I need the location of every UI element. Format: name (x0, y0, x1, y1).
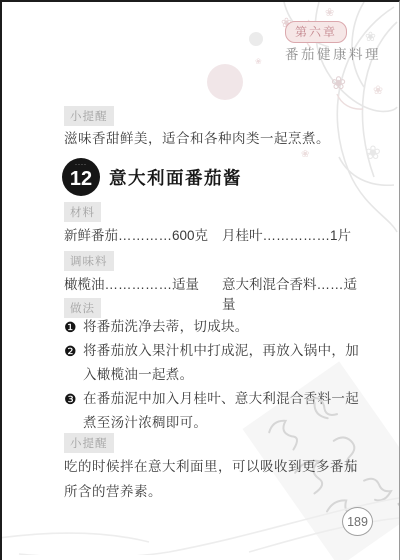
tip-text-top: 滋味香甜鲜美，适合和各种肉类一起烹煮。 (64, 128, 360, 150)
ingredient-name: 月桂叶 (222, 228, 263, 243)
book-page: ❀ ❀ ❀ ❀ ❀ ❀ ❀ ❀ 第六章 番茄健康料理 小提醒 滋味香甜鲜美，适合… (0, 0, 400, 560)
ingredients-row: 新鲜番茄…………600克 月桂叶……………1片 (64, 224, 360, 244)
method-step: ❸ 在番茄泥中加入月桂叶、意大利混合香料一起煮至汤汁浓稠即可。 (64, 387, 360, 435)
step-text: 将番茄放入果汁机中打成泥，再放入锅中，加入橄榄油一起煮。 (83, 339, 360, 387)
ingredient-amount: 600克 (172, 228, 208, 243)
chapter-badge: 第六章 (285, 21, 347, 43)
method-step: ❶ 将番茄洗净去蒂，切成块。 (64, 315, 360, 339)
chapter-title: 番茄健康料理 (285, 43, 381, 63)
seasoning-name: 意大利混合香料 (222, 277, 317, 292)
flower-icon: ❀ (365, 144, 381, 163)
soft-gray-blob (249, 32, 263, 46)
recipe-number-badge: ···· 12 (62, 158, 100, 196)
seasoning-name: 橄榄油 (64, 277, 105, 292)
recipe-header: ···· 12 意大利面番茄酱 (62, 158, 242, 196)
tip-text-bottom: 吃的时候拌在意大利面里，可以吸收到更多番茄所含的营养素。 (64, 454, 360, 504)
dot-leader: …………… (105, 277, 173, 292)
ingredient-amount: 1片 (330, 228, 351, 243)
dot-leader: ………… (118, 228, 172, 243)
ingredients-label: 材料 (64, 202, 101, 222)
tip-label-bottom: 小提醒 (64, 433, 114, 453)
seasoning-amount: 适量 (172, 277, 199, 292)
pdg-label: PDG (395, 484, 400, 514)
method-step: ❷ 将番茄放入果汁机中打成泥，再放入锅中，加入橄榄油一起煮。 (64, 339, 360, 387)
step-text: 将番茄洗净去蒂，切成块。 (83, 315, 360, 339)
step-text: 在番茄泥中加入月桂叶、意大利混合香料一起煮至汤汁浓稠即可。 (83, 387, 360, 435)
flower-icon: ❀ (373, 84, 383, 96)
dot-leader: …………… (263, 228, 331, 243)
ingredient-item: 新鲜番茄…………600克 (64, 224, 222, 244)
page-number: 189 (342, 507, 373, 536)
seasonings-label: 调味料 (64, 251, 114, 271)
flower-icon: ❀ (365, 30, 376, 43)
flower-icon: ❀ (255, 58, 262, 66)
step-number: ❷ (64, 339, 83, 387)
recipe-title: 意大利面番茄酱 (109, 165, 242, 190)
tip-label-top: 小提醒 (64, 106, 114, 126)
step-number: ❶ (64, 315, 83, 339)
ingredient-item: 月桂叶……………1片 (222, 224, 360, 244)
flower-icon: ❀ (331, 74, 346, 92)
seasoning-item: 意大利混合香料……适量 (222, 273, 360, 313)
badge-marks: ···· (62, 162, 100, 168)
method-steps: ❶ 将番茄洗净去蒂，切成块。 ❷ 将番茄放入果汁机中打成泥，再放入锅中，加入橄榄… (64, 315, 360, 435)
flower-icon: ❀ (301, 150, 309, 160)
recipe-number: 12 (70, 168, 92, 191)
step-number: ❸ (64, 387, 83, 435)
flower-icon: ❀ (325, 8, 334, 19)
seasonings-row: 橄榄油……………适量 意大利混合香料……适量 (64, 273, 360, 313)
ingredient-name: 新鲜番茄 (64, 228, 118, 243)
dot-leader: …… (317, 277, 344, 292)
soft-pink-blob (207, 64, 243, 100)
